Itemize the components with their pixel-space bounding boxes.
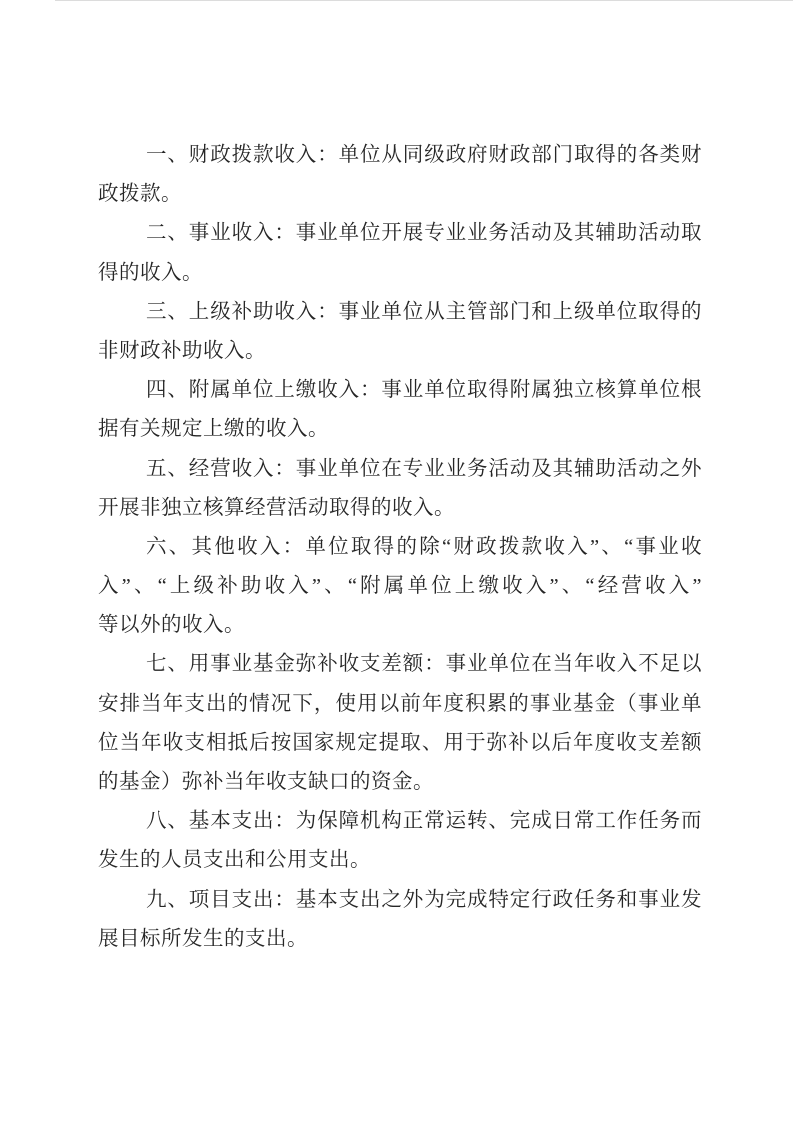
paragraph: 六、其他收入：单位取得的除“财政拨款收入”、“事业收入”、“上级补助收入”、“附… [98, 528, 702, 646]
text-line: 安排当年支出的情况下，使用以前年度积累的事业基金（事业单 [98, 685, 702, 724]
text-line: 展目标所发生的支出。 [98, 920, 702, 959]
document-page: 一、财政拨款收入：单位从同级政府财政部门取得的各类财政拨款。二、事业收入：事业单… [0, 0, 793, 1122]
text-line: 政拨款。 [98, 175, 702, 214]
text-line: 发生的人员支出和公用支出。 [98, 841, 702, 880]
text-line: 七、用事业基金弥补收支差额：事业单位在当年收入不足以 [98, 645, 702, 684]
text-line: 入”、“上级补助收入”、“附属单位上缴收入”、“经营收入” [98, 567, 702, 606]
paragraph: 七、用事业基金弥补收支差额：事业单位在当年收入不足以安排当年支出的情况下，使用以… [98, 645, 702, 802]
text-line: 的基金）弥补当年收支缺口的资金。 [98, 763, 702, 802]
text-line: 等以外的收入。 [98, 606, 702, 645]
text-line: 三、上级补助收入：事业单位从主管部门和上级单位取得的 [98, 293, 702, 332]
paragraph: 八、基本支出：为保障机构正常运转、完成日常工作任务而发生的人员支出和公用支出。 [98, 802, 702, 880]
text-line: 二、事业收入：事业单位开展专业业务活动及其辅助活动取 [98, 214, 702, 253]
document-body: 一、财政拨款收入：单位从同级政府财政部门取得的各类财政拨款。二、事业收入：事业单… [98, 136, 702, 959]
paragraph: 五、经营收入：事业单位在专业业务活动及其辅助活动之外开展非独立核算经营活动取得的… [98, 450, 702, 528]
paragraph: 四、附属单位上缴收入：事业单位取得附属独立核算单位根据有关规定上缴的收入。 [98, 371, 702, 449]
paragraph: 一、财政拨款收入：单位从同级政府财政部门取得的各类财政拨款。 [98, 136, 702, 214]
text-line: 非财政补助收入。 [98, 332, 702, 371]
paragraph: 九、项目支出：基本支出之外为完成特定行政任务和事业发展目标所发生的支出。 [98, 881, 702, 959]
text-line: 开展非独立核算经营活动取得的收入。 [98, 489, 702, 528]
text-line: 六、其他收入：单位取得的除“财政拨款收入”、“事业收 [98, 528, 702, 567]
scan-edge-artifact [55, 0, 793, 1]
text-line: 据有关规定上缴的收入。 [98, 410, 702, 449]
text-line: 八、基本支出：为保障机构正常运转、完成日常工作任务而 [98, 802, 702, 841]
text-line: 九、项目支出：基本支出之外为完成特定行政任务和事业发 [98, 881, 702, 920]
text-line: 得的收入。 [98, 254, 702, 293]
text-line: 五、经营收入：事业单位在专业业务活动及其辅助活动之外 [98, 450, 702, 489]
paragraph: 三、上级补助收入：事业单位从主管部门和上级单位取得的非财政补助收入。 [98, 293, 702, 371]
text-line: 位当年收支相抵后按国家规定提取、用于弥补以后年度收支差额 [98, 724, 702, 763]
text-line: 四、附属单位上缴收入：事业单位取得附属独立核算单位根 [98, 371, 702, 410]
paragraph: 二、事业收入：事业单位开展专业业务活动及其辅助活动取得的收入。 [98, 214, 702, 292]
text-line: 一、财政拨款收入：单位从同级政府财政部门取得的各类财 [98, 136, 702, 175]
